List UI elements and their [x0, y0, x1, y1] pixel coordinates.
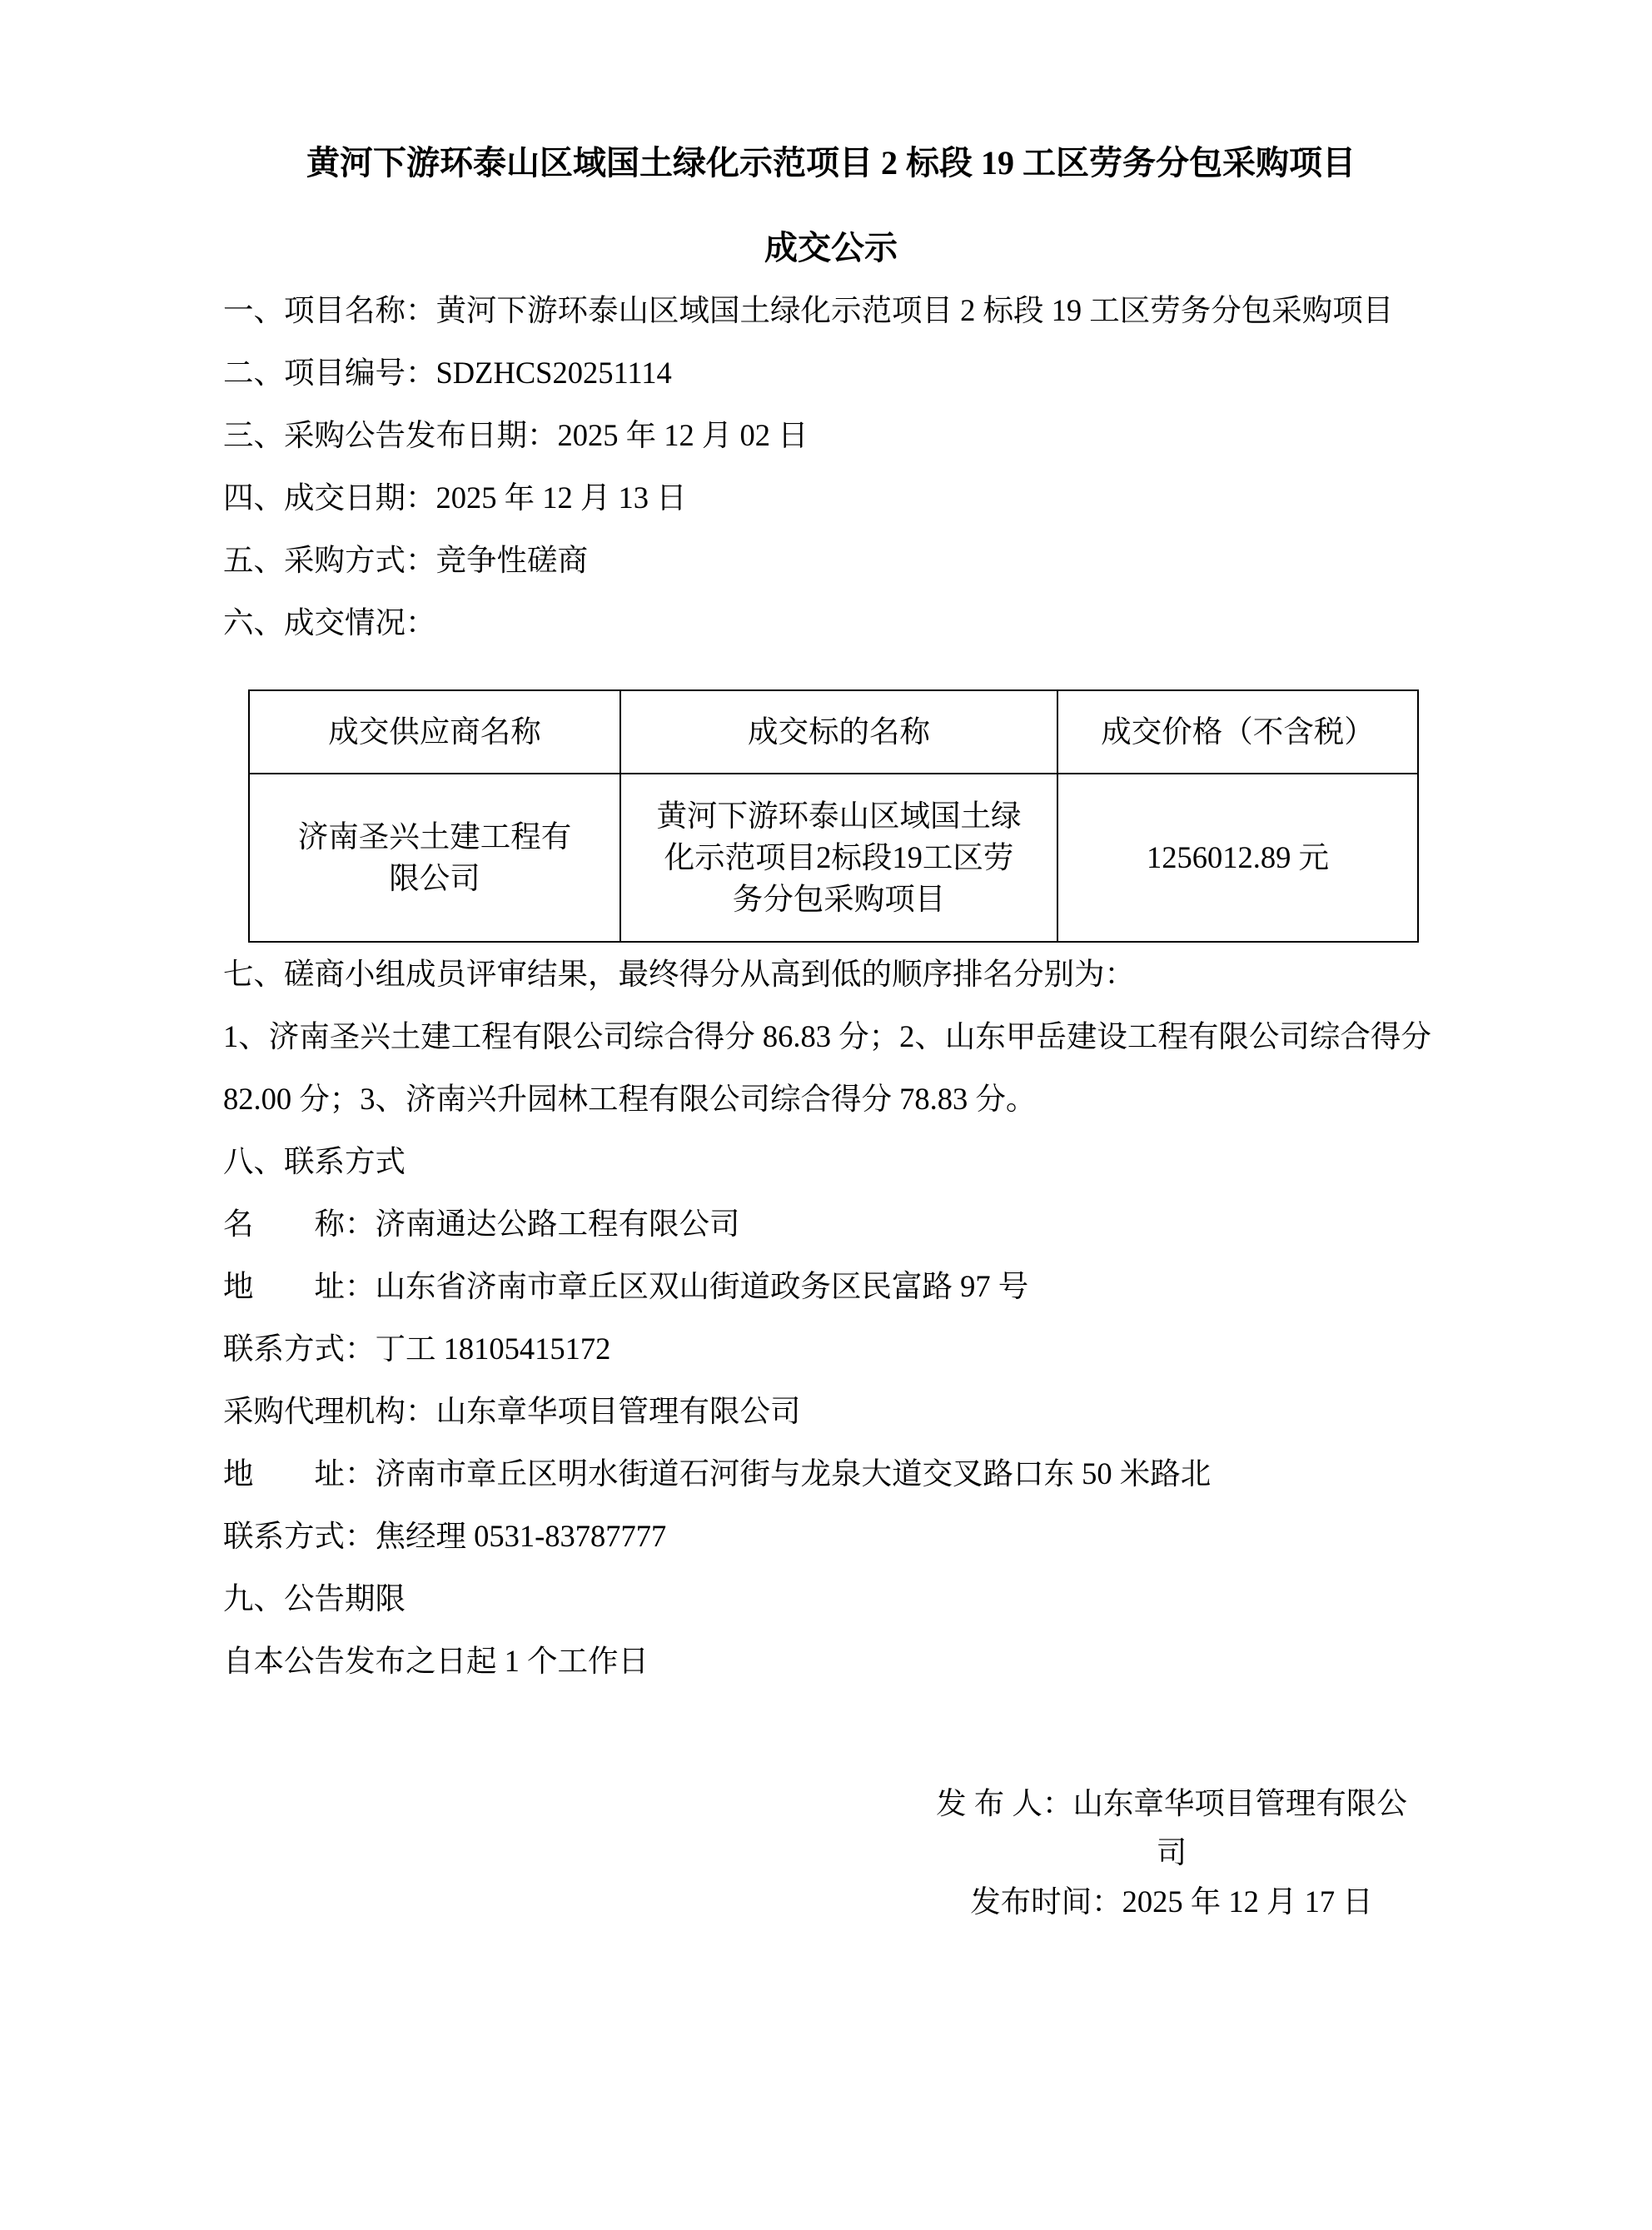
- item-contact-heading: 八、联系方式: [223, 1130, 1439, 1192]
- award-table: 成交供应商名称 成交标的名称 成交价格（不含税） 济南圣兴土建工程有限公司 黄河…: [248, 689, 1419, 943]
- cell-award-price: 1256012.89 元: [1057, 774, 1418, 942]
- item-award-date: 四、成交日期：2025 年 12 月 13 日: [223, 466, 1439, 529]
- item-period-heading: 九、公告期限: [223, 1567, 1439, 1630]
- item-period-value: 自本公告发布之日起 1 个工作日: [223, 1630, 1439, 1692]
- agency-contact: 联系方式：焦经理 0531-83787777: [223, 1505, 1439, 1567]
- document-content: 黄河下游环泰山区域国土绿化示范项目 2 标段 19 工区劳务分包采购项目 成交公…: [223, 132, 1439, 1926]
- document-title: 黄河下游环泰山区域国土绿化示范项目 2 标段 19 工区劳务分包采购项目: [223, 132, 1439, 194]
- award-table-row: 济南圣兴土建工程有限公司 黄河下游环泰山区域国土绿化示范项目2标段19工区劳务分…: [249, 774, 1418, 942]
- purchaser-address: 地 址：山东省济南市章丘区双山街道政务区民富路 97 号: [223, 1255, 1439, 1317]
- publisher-block: 发 布 人：山东章华项目管理有限公司 发布时间：2025 年 12 月 17 日: [922, 1779, 1421, 1926]
- item-project-name: 一、项目名称：黄河下游环泰山区域国土绿化示范项目 2 标段 19 工区劳务分包采…: [223, 279, 1439, 341]
- purchaser-name: 名 称：济南通达公路工程有限公司: [223, 1192, 1439, 1255]
- item-announce-date: 三、采购公告发布日期：2025 年 12 月 02 日: [223, 404, 1439, 466]
- agency-address: 地 址：济南市章丘区明水街道石河街与龙泉大道交叉路口东 50 米路北: [223, 1442, 1439, 1505]
- header-award-price: 成交价格（不含税）: [1057, 690, 1418, 774]
- agency-name: 采购代理机构：山东章华项目管理有限公司: [223, 1380, 1439, 1442]
- document-subtitle: 成交公示: [223, 217, 1439, 279]
- cell-subject-name: 黄河下游环泰山区域国土绿化示范项目2标段19工区劳务分包采购项目: [620, 774, 1057, 942]
- header-subject-name: 成交标的名称: [620, 690, 1057, 774]
- publish-date: 发布时间：2025 年 12 月 17 日: [922, 1877, 1421, 1926]
- publisher-name: 发 布 人：山东章华项目管理有限公司: [922, 1779, 1421, 1877]
- award-table-header-row: 成交供应商名称 成交标的名称 成交价格（不含税）: [249, 690, 1418, 774]
- item-award-info-heading: 六、成交情况：: [223, 591, 1439, 654]
- header-supplier-name: 成交供应商名称: [249, 690, 620, 774]
- item-project-number: 二、项目编号：SDZHCS20251114: [223, 341, 1439, 404]
- item-review-result: 七、磋商小组成员评审结果，最终得分从高到低的顺序排名分别为：: [223, 943, 1439, 1005]
- cell-supplier-name: 济南圣兴土建工程有限公司: [249, 774, 620, 942]
- item-scores: 1、济南圣兴土建工程有限公司综合得分 86.83 分；2、山东甲岳建设工程有限公…: [223, 1005, 1439, 1130]
- document-page: 黄河下游环泰山区域国土绿化示范项目 2 标段 19 工区劳务分包采购项目 成交公…: [0, 0, 1652, 2230]
- purchaser-contact: 联系方式：丁工 18105415172: [223, 1317, 1439, 1380]
- item-procurement-method: 五、采购方式：竞争性磋商: [223, 529, 1439, 591]
